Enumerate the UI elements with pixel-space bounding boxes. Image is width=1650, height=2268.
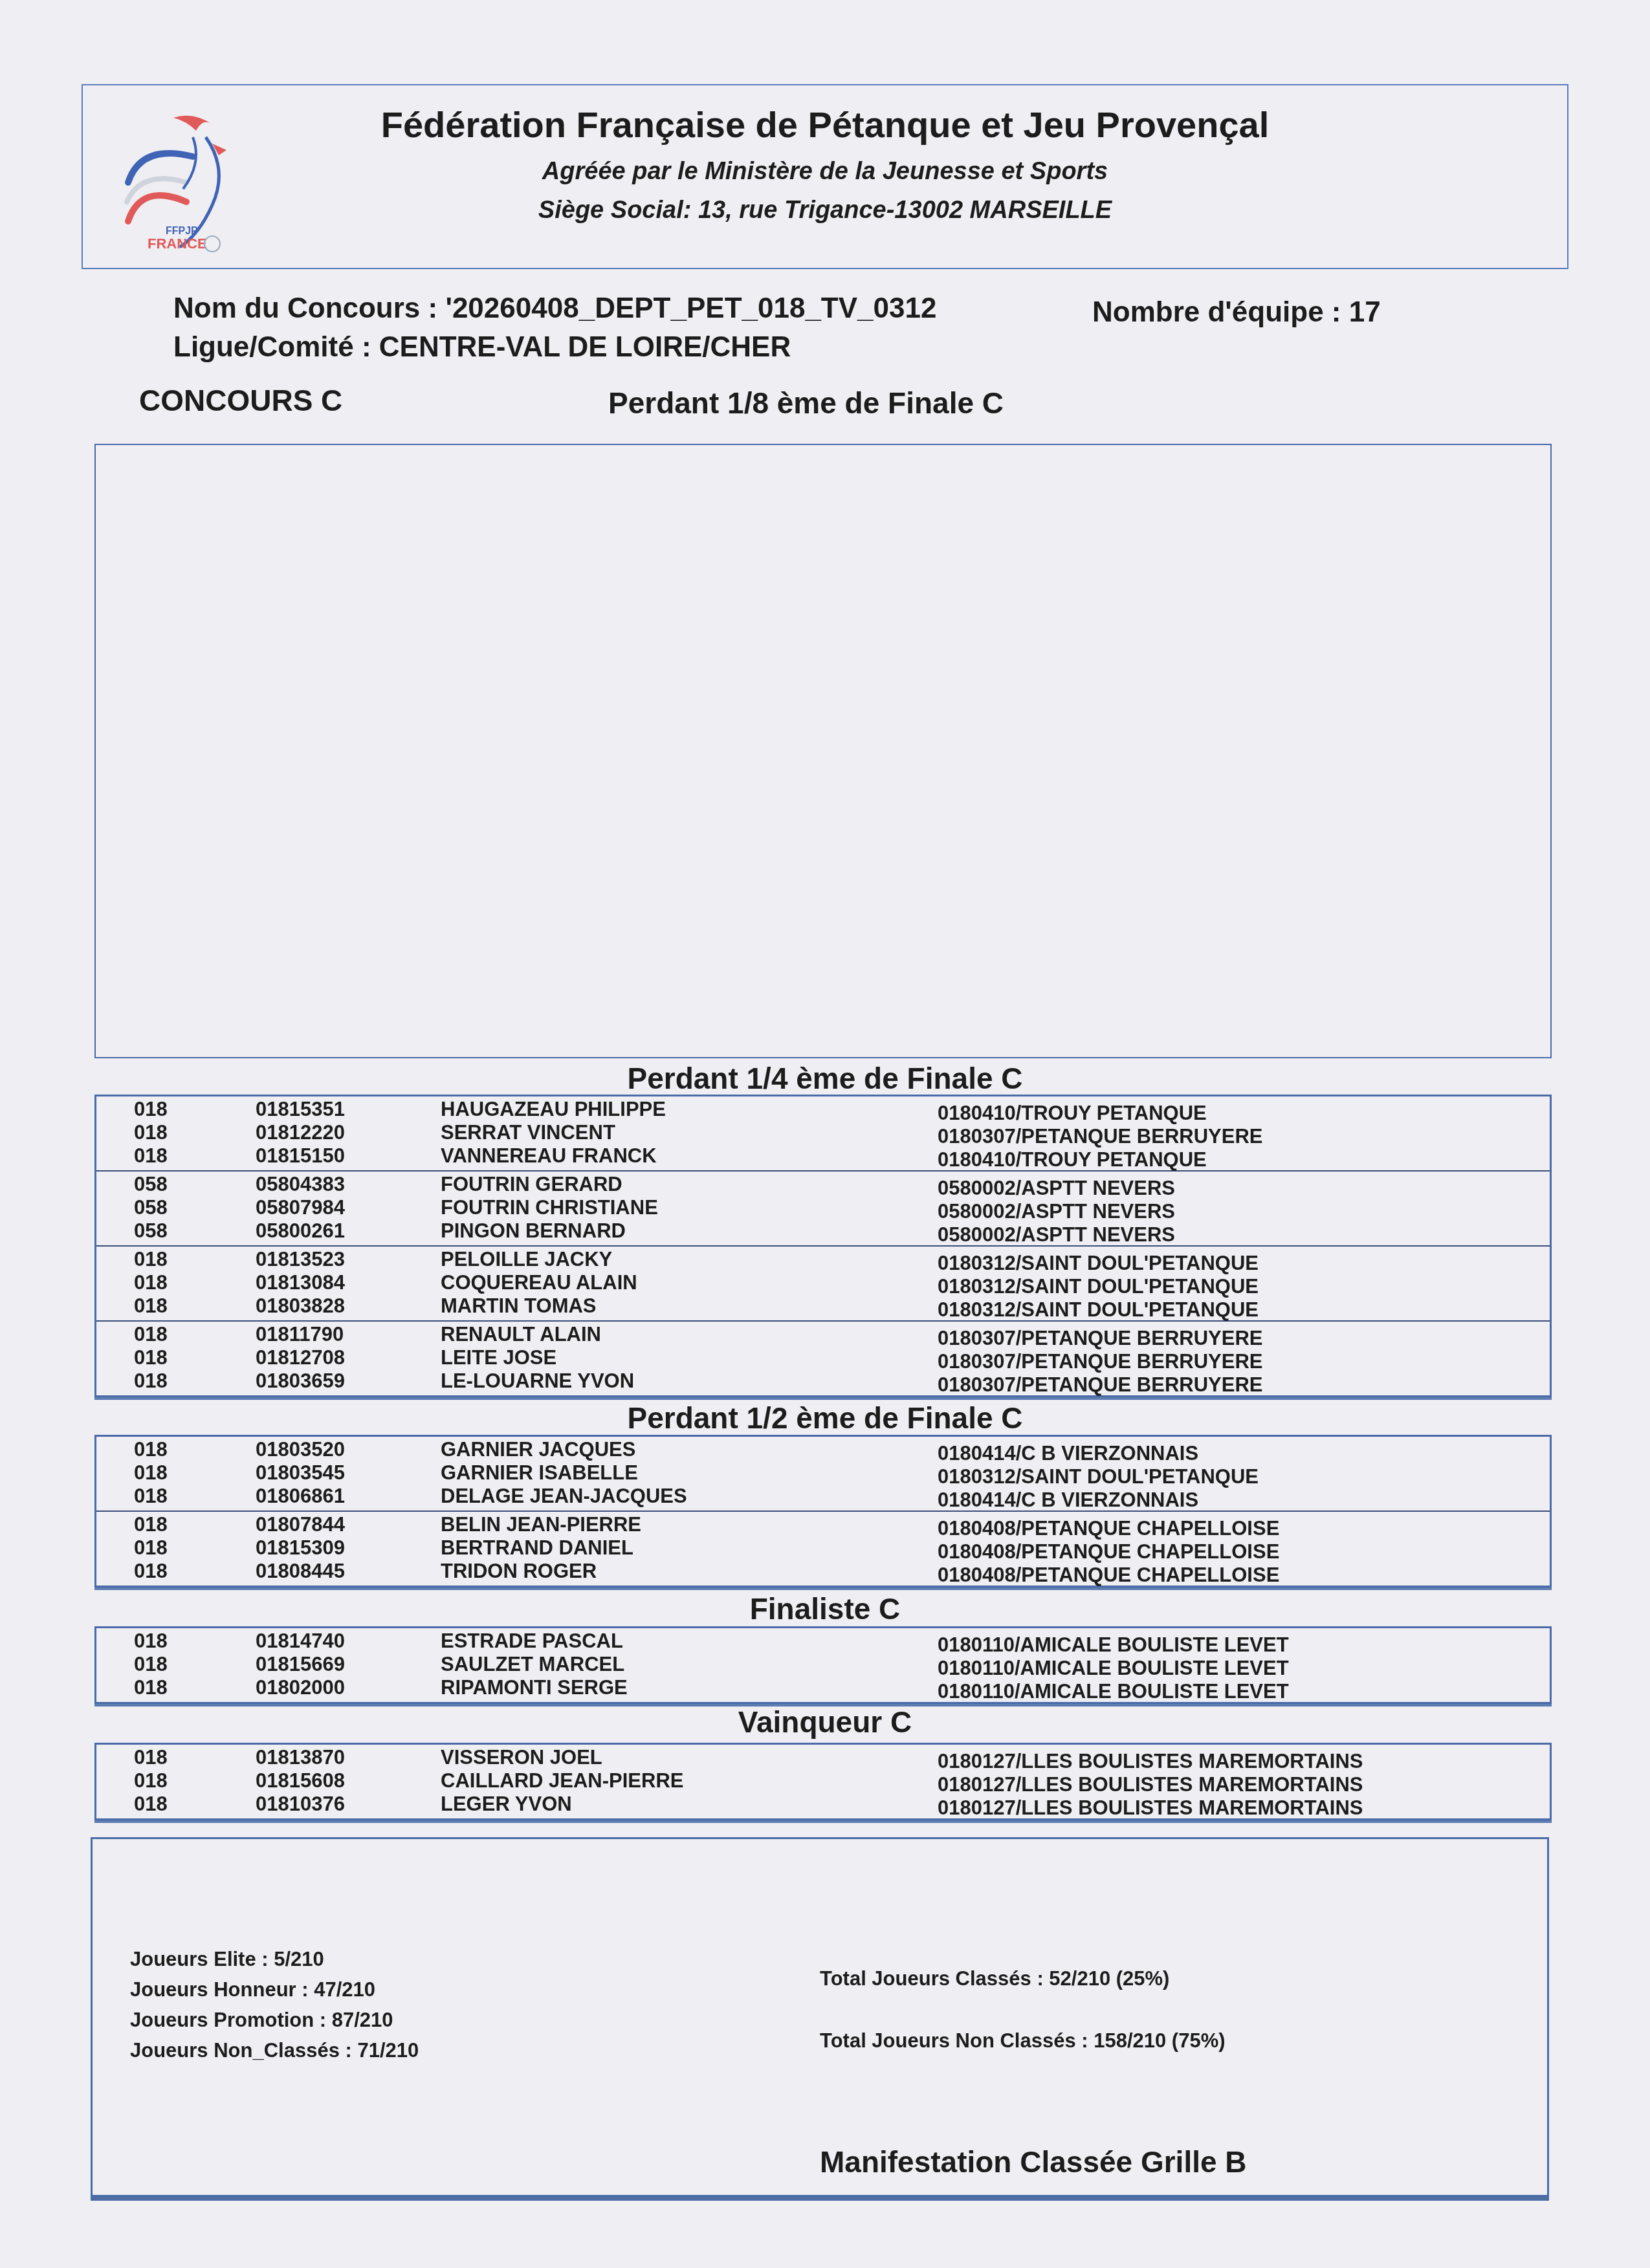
licence-number: 01803520 — [256, 1438, 345, 1461]
ligue-comite: Ligue/Comité : CENTRE-VAL DE LOIRE/CHER — [173, 331, 791, 364]
federation-name: Fédération Française de Pétanque et Jeu … — [83, 104, 1567, 146]
team-count: Nombre d'équipe : 17 — [1092, 296, 1381, 329]
department-code: 058 — [134, 1219, 168, 1243]
player-row: 01801813870VISSERON JOEL0180127/LLES BOU… — [96, 1746, 1550, 1769]
licence-number: 05800261 — [256, 1219, 345, 1243]
player-row: 05805800261PINGON BERNARD0580002/ASPTT N… — [96, 1219, 1550, 1243]
results-table: 01801815351HAUGAZEAU PHILIPPE0180410/TRO… — [94, 1095, 1552, 1397]
licence-number: 01813523 — [256, 1248, 345, 1271]
department-code: 018 — [134, 1769, 168, 1793]
player-name: FOUTRIN GERARD — [441, 1173, 622, 1196]
licence-number: 01803659 — [256, 1369, 345, 1393]
department-code: 058 — [134, 1196, 168, 1219]
player-name: VANNEREAU FRANCK — [441, 1144, 657, 1168]
player-name: VISSERON JOEL — [441, 1746, 602, 1769]
player-row: 01801815608CAILLARD JEAN-PIERRE0180127/L… — [96, 1769, 1550, 1793]
player-name: PELOILLE JACKY — [441, 1248, 612, 1271]
club-name: 0180307/PETANQUE BERRUYERE — [938, 1373, 1263, 1397]
club-name: 0580002/ASPTT NEVERS — [938, 1223, 1175, 1247]
player-name: DELAGE JEAN-JACQUES — [441, 1485, 687, 1508]
player-row: 01801811790RENAULT ALAIN0180307/PETANQUE… — [96, 1323, 1550, 1346]
department-code: 018 — [134, 1513, 168, 1536]
stat-non-classes: Joueurs Non_Classés : 71/210 — [130, 2039, 419, 2062]
department-code: 018 — [134, 1653, 168, 1676]
player-row: 01801808445TRIDON ROGER0180408/PETANQUE … — [96, 1560, 1550, 1583]
concours-label: CONCOURS C — [139, 383, 342, 418]
player-row: 01801813084COQUEREAU ALAIN0180312/SAINT … — [96, 1271, 1550, 1294]
section-title-perdant-1-8: Perdant 1/8 ème de Finale C — [608, 386, 1004, 420]
department-code: 018 — [134, 1438, 168, 1461]
concours-name: Nom du Concours : '20260408_DEPT_PET_018… — [173, 292, 936, 325]
player-name: MARTIN TOMAS — [441, 1294, 597, 1318]
team-group: 01801813523PELOILLE JACKY0180312/SAINT D… — [96, 1247, 1550, 1322]
player-row: 01801814740ESTRADE PASCAL0180110/AMICALE… — [96, 1630, 1550, 1653]
team-group: 01801807844BELIN JEAN-PIERRE0180408/PETA… — [96, 1512, 1550, 1586]
department-code: 058 — [134, 1173, 168, 1196]
manifestation-grille: Manifestation Classée Grille B — [820, 2144, 1247, 2179]
player-row: 01801812220SERRAT VINCENT0180307/PETANQU… — [96, 1121, 1550, 1144]
results-table: 01801814740ESTRADE PASCAL0180110/AMICALE… — [94, 1626, 1552, 1704]
licence-number: 01808445 — [256, 1560, 345, 1583]
club-name: 0180312/SAINT DOUL'PETANQUE — [938, 1298, 1259, 1322]
club-name: 0180414/C B VIERZONNAIS — [938, 1488, 1198, 1512]
team-group: 01801813870VISSERON JOEL0180127/LLES BOU… — [96, 1745, 1550, 1818]
department-code: 018 — [134, 1271, 168, 1294]
player-name: SAULZET MARCEL — [441, 1653, 624, 1676]
player-row: 01801806861DELAGE JEAN-JACQUES0180414/C … — [96, 1485, 1550, 1508]
team-group: 01801815351HAUGAZEAU PHILIPPE0180410/TRO… — [96, 1096, 1550, 1172]
player-row: 01801815150VANNEREAU FRANCK0180410/TROUY… — [96, 1144, 1550, 1168]
department-code: 018 — [134, 1676, 168, 1699]
player-name: ESTRADE PASCAL — [441, 1630, 623, 1653]
licence-number: 01803828 — [256, 1294, 345, 1318]
section-title: Finaliste C — [0, 1591, 1650, 1626]
licence-number: 01815608 — [256, 1769, 345, 1793]
team-group: 01801814740ESTRADE PASCAL0180110/AMICALE… — [96, 1628, 1550, 1702]
player-row: 01801815351HAUGAZEAU PHILIPPE0180410/TRO… — [96, 1098, 1550, 1121]
player-row: 01801803659LE-LOUARNE YVON0180307/PETANQ… — [96, 1369, 1550, 1393]
player-name: GARNIER JACQUES — [441, 1438, 635, 1461]
player-row: 01801815309BERTRAND DANIEL0180408/PETANQ… — [96, 1536, 1550, 1560]
player-name: HAUGAZEAU PHILIPPE — [441, 1098, 666, 1121]
results-table: 01801803520GARNIER JACQUES0180414/C B VI… — [94, 1435, 1552, 1587]
department-code: 018 — [134, 1536, 168, 1560]
club-name: 0180127/LLES BOULISTES MAREMORTAINS — [938, 1796, 1363, 1820]
player-name: TRIDON ROGER — [441, 1560, 597, 1583]
player-row: 01801802000RIPAMONTI SERGE0180110/AMICAL… — [96, 1676, 1550, 1699]
department-code: 018 — [134, 1746, 168, 1769]
team-group: 01801811790RENAULT ALAIN0180307/PETANQUE… — [96, 1322, 1550, 1395]
header-box: FFPJP FRANCE Fédération Française de Pét… — [82, 84, 1568, 269]
player-row: 01801812708LEITE JOSE0180307/PETANQUE BE… — [96, 1346, 1550, 1369]
stat-total-non-classes: Total Joueurs Non Classés : 158/210 (75%… — [820, 2029, 1226, 2053]
licence-number: 01813084 — [256, 1271, 345, 1294]
player-row: 01801807844BELIN JEAN-PIERRE0180408/PETA… — [96, 1513, 1550, 1536]
licence-number: 01810376 — [256, 1793, 345, 1816]
player-name: LEITE JOSE — [441, 1346, 556, 1369]
player-name: COQUEREAU ALAIN — [441, 1271, 637, 1294]
player-name: LE-LOUARNE YVON — [441, 1369, 634, 1393]
player-name: FOUTRIN CHRISTIANE — [441, 1196, 658, 1219]
licence-number: 01803545 — [256, 1461, 345, 1485]
club-name: 0180110/AMICALE BOULISTE LEVET — [938, 1680, 1289, 1703]
licence-number: 01802000 — [256, 1676, 345, 1699]
team-group: 01801803520GARNIER JACQUES0180414/C B VI… — [96, 1437, 1550, 1512]
statistics-box: Joueurs Elite : 5/210 Joueurs Honneur : … — [91, 1837, 1549, 2197]
licence-number: 01813870 — [256, 1746, 345, 1769]
department-code: 018 — [134, 1369, 168, 1393]
department-code: 018 — [134, 1248, 168, 1271]
player-row: 05805804383FOUTRIN GERARD0580002/ASPTT N… — [96, 1173, 1550, 1196]
player-name: BERTRAND DANIEL — [441, 1536, 633, 1560]
player-name: SERRAT VINCENT — [441, 1121, 615, 1144]
player-row: 05805807984FOUTRIN CHRISTIANE0580002/ASP… — [96, 1196, 1550, 1219]
player-name: CAILLARD JEAN-PIERRE — [441, 1769, 683, 1793]
department-code: 018 — [134, 1294, 168, 1318]
player-row: 01801810376LEGER YVON0180127/LLES BOULIS… — [96, 1793, 1550, 1816]
club-name: 0180408/PETANQUE CHAPELLOISE — [938, 1564, 1279, 1587]
licence-number: 01812708 — [256, 1346, 345, 1369]
department-code: 018 — [134, 1793, 168, 1816]
stat-honneur: Joueurs Honneur : 47/210 — [130, 1978, 375, 2001]
department-code: 018 — [134, 1560, 168, 1583]
licence-number: 05807984 — [256, 1196, 345, 1219]
section-title: Vainqueur C — [0, 1705, 1650, 1739]
head-office-address: Siège Social: 13, rue Trigance-13002 MAR… — [83, 197, 1567, 224]
perdant-1-8-results-box — [94, 444, 1552, 1058]
player-name: RIPAMONTI SERGE — [441, 1676, 628, 1699]
licence-number: 01807844 — [256, 1513, 345, 1536]
player-row: 01801815669SAULZET MARCEL0180110/AMICALE… — [96, 1653, 1550, 1676]
team-group: 05805804383FOUTRIN GERARD0580002/ASPTT N… — [96, 1172, 1550, 1247]
licence-number: 01812220 — [256, 1121, 345, 1144]
svg-text:FRANCE: FRANCE — [148, 235, 207, 252]
player-row: 01801813523PELOILLE JACKY0180312/SAINT D… — [96, 1248, 1550, 1271]
stat-total-classes: Total Joueurs Classés : 52/210 (25%) — [820, 1967, 1169, 1990]
agreement-line: Agréée par le Ministère de la Jeunesse e… — [83, 158, 1567, 186]
department-code: 018 — [134, 1346, 168, 1369]
licence-number: 01811790 — [256, 1323, 344, 1346]
player-row: 01801803545GARNIER ISABELLE0180312/SAINT… — [96, 1461, 1550, 1485]
licence-number: 01815309 — [256, 1536, 345, 1560]
player-row: 01801803520GARNIER JACQUES0180414/C B VI… — [96, 1438, 1550, 1461]
licence-number: 01814740 — [256, 1630, 345, 1653]
player-name: PINGON BERNARD — [441, 1219, 626, 1243]
department-code: 018 — [134, 1098, 168, 1121]
department-code: 018 — [134, 1630, 168, 1653]
section-title: Perdant 1/4 ème de Finale C — [0, 1061, 1650, 1096]
department-code: 018 — [134, 1485, 168, 1508]
club-name: 0180410/TROUY PETANQUE — [938, 1148, 1207, 1172]
stat-promotion: Joueurs Promotion : 87/210 — [130, 2009, 393, 2032]
player-name: BELIN JEAN-PIERRE — [441, 1513, 641, 1536]
player-name: LEGER YVON — [441, 1793, 572, 1816]
licence-number: 05804383 — [256, 1173, 345, 1196]
licence-number: 01815150 — [256, 1144, 345, 1168]
department-code: 018 — [134, 1144, 168, 1168]
department-code: 018 — [134, 1461, 168, 1485]
department-code: 018 — [134, 1323, 168, 1346]
stat-elite: Joueurs Elite : 5/210 — [130, 1948, 324, 1971]
licence-number: 01815351 — [256, 1098, 345, 1121]
player-row: 01801803828MARTIN TOMAS0180312/SAINT DOU… — [96, 1294, 1550, 1318]
licence-number: 01815669 — [256, 1653, 345, 1676]
department-code: 018 — [134, 1121, 168, 1144]
results-table: 01801813870VISSERON JOEL0180127/LLES BOU… — [94, 1743, 1552, 1820]
player-name: RENAULT ALAIN — [441, 1323, 601, 1346]
licence-number: 01806861 — [256, 1485, 345, 1508]
section-title: Perdant 1/2 ème de Finale C — [0, 1401, 1650, 1435]
player-name: GARNIER ISABELLE — [441, 1461, 638, 1485]
